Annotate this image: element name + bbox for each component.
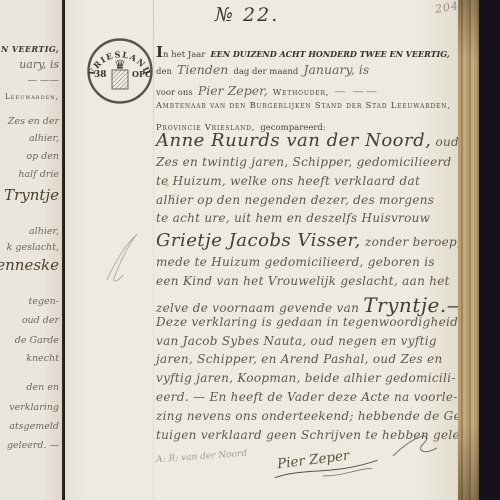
left-fragment: oud der <box>22 315 59 326</box>
background <box>479 0 500 500</box>
act-text: In het Jaar EEN DUIZEND ACHT HONDERD TWE… <box>156 42 456 468</box>
body-line: vyftig jaren, Koopman, beide alhier gedo… <box>156 371 456 390</box>
left-fragment: verklaring <box>9 402 59 413</box>
printed-text: voor ons <box>156 88 193 98</box>
page-number: 204 <box>434 0 460 16</box>
body-line: Deze verklaring is gedaan in tegenwoordi… <box>156 315 456 334</box>
ink-flourish <box>391 428 439 458</box>
mother-name: Grietje Jacobs Visser, <box>156 230 361 251</box>
body-line: te acht ure, uit hem en deszelfs Huisvro… <box>156 211 456 230</box>
left-fragment: atsgemeld <box>9 421 59 432</box>
left-fragment-name: Tryntje <box>4 186 59 204</box>
left-fragment: den en <box>26 382 59 393</box>
handwritten-day: Tienden <box>177 62 228 77</box>
document-scan: N VEERTIG, uary, is — —— Leeuwarden, Zes… <box>0 0 500 500</box>
header-line-1: In het Jaar EEN DUIZEND ACHT HONDERD TWE… <box>156 42 456 59</box>
left-fragment: op den <box>26 151 59 162</box>
register-page: 204 № 22. VRIESLAND 38 OPC ♛ <box>65 0 458 500</box>
left-fragment: tegen- <box>29 296 59 307</box>
left-fragment: knecht <box>26 353 59 364</box>
body-line: zelve de voornaam gevende van Tryntje.— <box>156 293 456 315</box>
printed-text: den <box>156 67 172 77</box>
left-fragment: geleerd. — <box>7 440 59 451</box>
left-fragment: k geslacht, <box>7 242 59 253</box>
body-line: Anne Ruurds van der Noord, oud <box>156 130 456 155</box>
stamp-shield <box>112 70 128 89</box>
father-name: Anne Ruurds van der Noord, <box>156 130 431 151</box>
stamp-value-right: OPC <box>132 69 151 79</box>
handwritten-official-name: Pier Zeper, <box>198 83 268 98</box>
left-fragment-name: enneske <box>0 256 59 274</box>
body-line: te Huizum, welke ons heeft verklaard dat <box>156 174 456 193</box>
body-line: jaren, Schipper, en Arend Pashal, oud Ze… <box>156 352 456 371</box>
handwritten-text: zelve de voornaam gevende van <box>156 301 359 315</box>
left-fragment: half drie <box>18 169 59 180</box>
body-line: van Jacob Sybes Nauta, oud negen en vyft… <box>156 334 456 353</box>
child-name: Tryntje.— <box>363 293 467 317</box>
left-fragment: Zes en der <box>8 116 59 127</box>
left-fragment: — —— <box>27 75 59 86</box>
header-line-3: voor ons Pier Zeper, Wethouder, — —— <box>156 80 456 100</box>
body-line: een Kind van het Vrouwelijk geslacht, aa… <box>156 274 456 293</box>
left-fragment: N VEERTIG, <box>1 44 59 54</box>
left-fragment: alhier, <box>29 226 59 237</box>
header-line-2: den Tienden dag der maand January, is <box>156 59 456 80</box>
header-line-5: Provincie Vriesland, gecompareerd: <box>156 115 456 130</box>
handwritten-month: January, is <box>303 62 369 77</box>
province-stamp: VRIESLAND 38 OPC ♛ <box>84 35 156 107</box>
handwritten-text: zonder beroep, <box>365 235 461 249</box>
left-fragment: Leeuwarden, <box>5 92 59 101</box>
left-fragment: de Garde <box>15 335 59 346</box>
previous-page-edge: N VEERTIG, uary, is — —— Leeuwarden, Zes… <box>0 0 62 500</box>
body-line: alhier op den negenden dezer, des morgen… <box>156 193 456 212</box>
body-line: mede te Huizum gedomicilieerd, geboren i… <box>156 255 456 274</box>
body-line: eerd. — En heeft de Vader deze Acte na v… <box>156 390 456 409</box>
header-line-4: Ambtenaar van den Burgerlijken Stand der… <box>156 100 456 115</box>
year-text: EEN DUIZEND ACHT HONDERD TWEE EN VEERTIG… <box>211 49 450 59</box>
father-signature: A: R: van der Noord <box>156 449 248 465</box>
left-fragment: alhier, <box>29 133 59 144</box>
filler-dash: — —— <box>334 85 379 98</box>
pencil-check-mark <box>99 230 143 288</box>
printed-title: Wethouder, <box>273 87 329 97</box>
left-fragment: uary, is <box>19 58 59 71</box>
official-signature: Pier Zeper <box>276 448 350 473</box>
body-line: zing nevens ons onderteekend; hebbende d… <box>156 409 456 428</box>
act-number: № 22. <box>215 4 279 26</box>
stamp-value-left: 38 <box>94 70 107 80</box>
printed-text: dag der maand <box>233 67 298 77</box>
handwritten-text: oud <box>436 135 460 149</box>
body-line: Zes en twintig jaren, Schipper, gedomici… <box>156 155 456 174</box>
book-page-edge <box>458 0 479 500</box>
body-line: Grietje Jacobs Visser, zonder beroep, <box>156 230 456 255</box>
